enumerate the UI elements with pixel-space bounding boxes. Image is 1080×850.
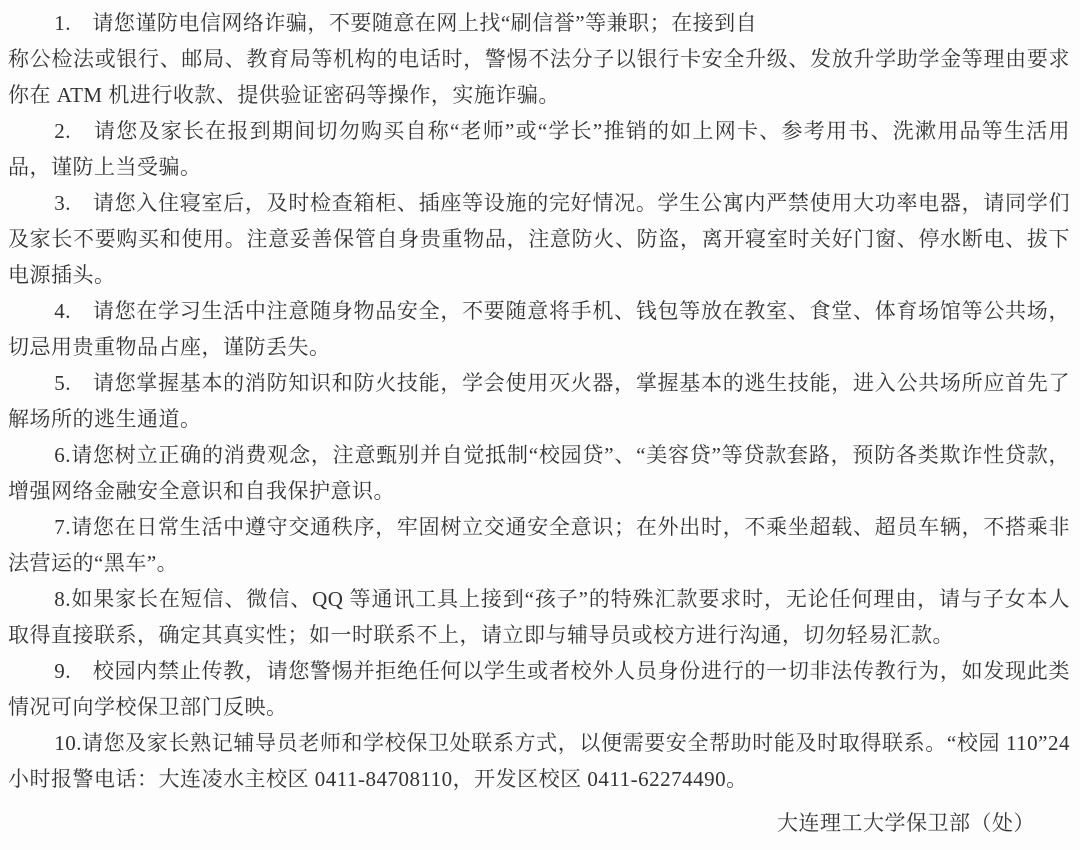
- paragraph-4: 4. 请您在学习生活中注意随身物品安全，不要随意将手机、钱包等放在教室、食堂、体…: [8, 293, 1070, 365]
- paragraph-1-continuation: 称公检法或银行、邮局、教育局等机构的电话时，警惕不法分子以银行卡安全升级、发放升…: [8, 47, 1070, 107]
- paragraph-1-line1: 1. 请您谨防电信网络诈骗，不要随意在网上找“刷信誉”等兼职；在接到自: [54, 11, 757, 35]
- paragraph-9: 9. 校园内禁止传教，请您警惕并拒绝任何以学生或者校外人员身份进行的一切非法传教…: [8, 653, 1070, 725]
- paragraph-1: 1. 请您谨防电信网络诈骗，不要随意在网上找“刷信誉”等兼职；在接到自称公检法或…: [8, 5, 1070, 113]
- paragraph-3: 3. 请您入住寝室后，及时检查箱柜、插座等设施的完好情况。学生公寓内严禁使用大功…: [8, 185, 1070, 293]
- paragraph-8: 8.如果家长在短信、微信、QQ 等通讯工具上接到“孩子”的特殊汇款要求时，无论任…: [8, 581, 1070, 653]
- document-page: 1. 请您谨防电信网络诈骗，不要随意在网上找“刷信誉”等兼职；在接到自称公检法或…: [0, 0, 1080, 850]
- paragraph-5: 5. 请您掌握基本的消防知识和防火技能，学会使用灭火器，掌握基本的逃生技能，进入…: [8, 365, 1070, 437]
- paragraph-2: 2. 请您及家长在报到期间切勿购买自称“老师”或“学长”推销的如上网卡、参考用书…: [8, 113, 1070, 185]
- paragraph-7: 7.请您在日常生活中遵守交通秩序，牢固树立交通安全意识；在外出时，不乘坐超载、超…: [8, 509, 1070, 581]
- signature: 大连理工大学保卫部（处）: [8, 805, 1035, 841]
- paragraph-6: 6.请您树立正确的消费观念，注意甄别并自觉抵制“校园贷”、“美容贷”等贷款套路，…: [8, 437, 1070, 509]
- paragraph-10: 10.请您及家长熟记辅导员老师和学校保卫处联系方式，以便需要安全帮助时能及时取得…: [8, 725, 1070, 797]
